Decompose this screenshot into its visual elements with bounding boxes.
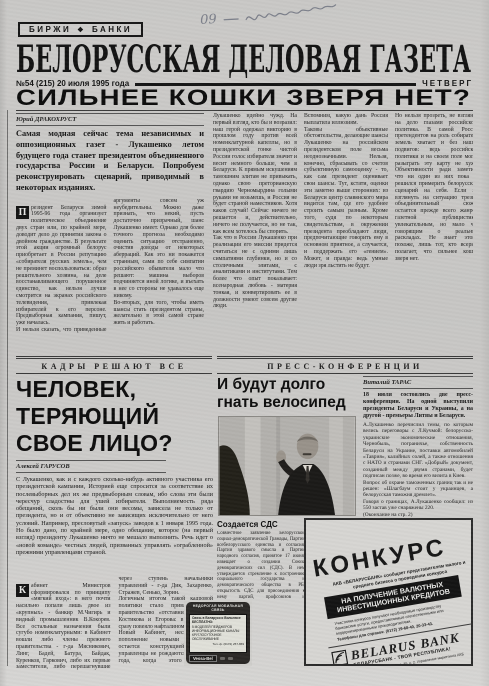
article-union-scenario: Юрий ДРАКОХРУСТ Самая модная сейчас тема… [16,113,473,358]
sds-note: Создается СДС Совместное заявление Белор… [217,520,305,599]
article1-columns-1-2: Президент Беларуси зимой 1995-96 года ор… [16,198,204,354]
article3-headline: И будут долго гнать велосипед [217,376,365,411]
headline-rule [16,110,473,111]
sds-headline: Создается СДС [217,520,305,529]
pager-screen: Связь в Беларуси и Вильнюсе БЕСПЛАТНО: 5… [189,614,247,653]
pager-device: НЕДОРОГАЯ МОБИЛЬНАЯ СВЯЗЬ Связь в Белару… [186,602,250,664]
belarusbank-ad: КОНКУРС АКБ «БЕЛАРУСБАНК» сообщает предс… [304,518,473,666]
newspaper-page: 09 БИРЖИ ❖ БАНКИ БЕЛОРУССКАЯ ДЕЛОВАЯ ГАЗ… [0,0,489,686]
article1-lede: Самая модная сейчас тема независимых и о… [16,129,204,194]
masthead-title: БЕЛОРУССКАЯ ДЕЛОВАЯ ГАЗЕТА [16,38,473,80]
badge-left-label: БИРЖИ [29,25,71,34]
article1-body-left: резидент Беларуси зимой 1995-96 года орг… [16,198,204,333]
pager-button-icon [228,657,233,661]
article2-dropcap: К [16,584,29,597]
article1-column-3: Лукашенко идейно чужд. На первый взгляд,… [213,113,297,353]
article1-column-5: Но нельзя прозреть, не взглянув на дело … [395,113,473,353]
article1-left-block: Юрий ДРАКОХРУСТ Самая модная сейчас тема… [16,113,204,358]
main-headline-text: СИЛЬНЕЕ КОШКИ ЗВЕРЯ НЕТ? [16,86,471,110]
section-header-cadres: КАДРЫ РЕШАЮТ ВСЕ [16,358,212,374]
handwriting-number: 09 [200,12,217,28]
pager-button-icon [220,657,225,661]
sds-body: Совместное заявление Белорусской социал-… [217,531,305,599]
article2-byline: Алексей ГАРУСОВ [16,460,166,473]
article3-byline: Виталий ТАРАС [363,376,473,389]
article2-headline-line3: СВОЕ ЛИЦО? [16,430,213,457]
article-bicycle-press: Виталий ТАРАС 18 июля состоялись две пре… [363,376,473,518]
pager-line-5: КРУГЛОСУТОЧНОЕ ОБСЛУЖИВАНИЕ [192,633,244,641]
masthead-badge: БИРЖИ ❖ БАНКИ [18,22,143,37]
badge-right-label: БАНКИ [92,25,132,34]
main-headline: СИЛЬНЕЕ КОШКИ ЗВЕРЯ НЕТ? [16,86,473,110]
section-header-press: ПРЕСС-КОНФЕРЕНЦИИ [217,358,473,374]
scan-fold-line [7,110,8,666]
pager-footer: Vessa-Bel [189,655,247,663]
article2-headline-line1: ЧЕЛОВЕК, [16,376,213,403]
article3-body: А.Лукашенко перечислил темы, по которым … [363,422,473,518]
article2-headline-line2: ТЕРЯЮЩИЙ [16,403,213,430]
pager-brand-label: Vessa-Bel [189,655,217,663]
article3-lede: 18 июля состоялись две пресс-конференции… [363,392,473,420]
article1-column-4: Вспомним, какую дань Россия выплатила ил… [304,113,388,353]
pager-ad-header: НЕДОРОГАЯ МОБИЛЬНАЯ СВЯЗЬ [189,604,247,613]
article2-headline: ЧЕЛОВЕК, ТЕРЯЮЩИЙ СВОЕ ЛИЦО? [16,376,213,457]
belarusbank-logo-icon [331,649,348,666]
article1-byline: Юрий ДРАКОХРУСТ [16,113,204,126]
article1-right-block: Лукашенко идейно чужд. На первый взгляд,… [213,113,473,358]
press-photo [218,416,356,516]
handwriting-scribble [221,1,362,30]
section-header-row: КАДРЫ РЕШАЮТ ВСЕ ПРЕСС-КОНФЕРЕНЦИИ [16,358,473,374]
diamond-icon: ❖ [77,26,86,34]
article1-dropcap: П [16,206,29,219]
handwritten-annotation: 09 [199,0,390,34]
pager-phone: Тел.-ф. (0172) 257-869 [192,642,244,646]
bank-ad-rotated-content: КОНКУРС АКБ «БЕЛАРУСБАНК» сообщает предс… [311,525,473,666]
masthead-title-text: БЕЛОРУССКАЯ ДЕЛОВАЯ ГАЗЕТА [16,38,471,80]
pager-ad: НЕДОРОГАЯ МОБИЛЬНАЯ СВЯЗЬ Связь в Белару… [184,600,252,666]
bottom-region: ЧЕЛОВЕК, ТЕРЯЮЩИЙ СВОЕ ЛИЦО? Алексей ГАР… [16,376,473,666]
article2-lede: С Лукашенко, как и с каждого сколько-ниб… [16,476,213,573]
